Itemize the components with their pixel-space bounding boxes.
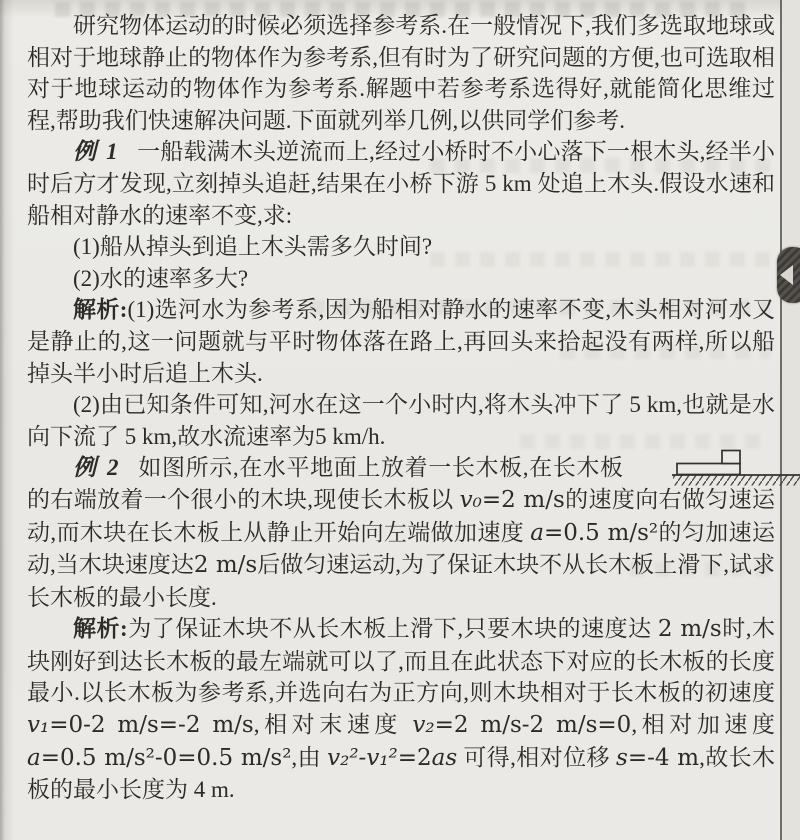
- scanned-textbook-page: 研究物体运动的时候必须选择参考系.在一般情况下,我们多选取地球或相对于地球静止的…: [0, 0, 800, 840]
- page-spine-line: [780, 0, 782, 840]
- value-v0: =2 m/s: [482, 487, 565, 513]
- solution2-paragraph: 解析:为了保证木块不从长木板上滑下,只要木块的速度达 2 m/s时,木块刚好到达…: [27, 613, 775, 806]
- example1-question2: (2)水的速率多大?: [27, 263, 775, 295]
- var-s: s: [616, 745, 628, 771]
- intro-text: 研究物体运动的时候必须选择参考系.在一般情况下,我们多选取地球或相对于地球静止的…: [27, 13, 775, 133]
- formula-as: as: [432, 745, 458, 771]
- solution2-text: ,相对末速度: [254, 712, 413, 737]
- var-a: a: [27, 745, 41, 771]
- value-v2: =2 m/s-2 m/s=0: [435, 712, 632, 738]
- solution1-label: 解析:: [73, 297, 127, 322]
- value-a: =0.5 m/s²-0=0.5 m/s²: [41, 745, 292, 771]
- prev-page-handle[interactable]: [777, 247, 800, 303]
- var-v2: v₂: [412, 712, 434, 738]
- formula-v-squared: v₂²-v₁²: [327, 745, 398, 771]
- ground-hatching: [673, 476, 800, 486]
- solution1-part1: (1)选河水为参考系,因为船相对静水的速率不变,木头相对河水又是静止的,这一问题…: [27, 297, 775, 385]
- plank-rect: [677, 464, 740, 475]
- var-a: a: [530, 520, 544, 546]
- example1-question1: (1)船从掉头到追上木头需多久时间?: [27, 231, 775, 263]
- example1-label: 例 1: [73, 139, 120, 164]
- value-speed: 2 m/s: [194, 552, 257, 578]
- plank-block-figure: [625, 441, 775, 495]
- value-s: =-4 m: [628, 745, 699, 771]
- solution2-text: ,相对加速度: [631, 712, 775, 737]
- example1-text: 一船载满木头逆流而上,经过小桥时不小心落下一根木头,经半小时后方才发现,立刻掉头…: [27, 139, 775, 227]
- question1-text: (1)船从掉头到追上木头需多久时间?: [73, 234, 432, 259]
- intro-paragraph: 研究物体运动的时候必须选择参考系.在一般情况下,我们多选取地球或相对于地球静止的…: [27, 10, 775, 136]
- example2-paragraph: 例 2如图所示,在水平地面上放着一长木板,在长木板的右端放着一个很小的木块,现使…: [27, 452, 775, 613]
- solution2-text: ,由: [291, 745, 327, 770]
- formula-equals: =2: [398, 745, 432, 771]
- var-v1: v₁: [27, 712, 49, 738]
- text-column: 研究物体运动的时候必须选择参考系.在一般情况下,我们多选取地球或相对于地球静止的…: [27, 10, 775, 806]
- solution2-label: 解析:: [73, 616, 128, 641]
- value-a: =0.5 m/s²: [544, 520, 658, 546]
- question2-text: (2)水的速率多大?: [73, 266, 248, 291]
- solution1-paragraph: 解析:(1)选河水为参考系,因为船相对静水的速率不变,木头相对河水又是静止的,这…: [27, 294, 775, 389]
- chevron-left-icon: [780, 265, 793, 285]
- example1-paragraph: 例 1一船载满木头逆流而上,经过小桥时不小心落下一根木头,经半小时后方才发现,立…: [27, 136, 775, 231]
- example2-label: 例 2: [73, 455, 121, 480]
- page-edge-strip: [782, 0, 800, 840]
- solution1-part2: (2)由已知条件可知,河水在这一个小时内,将木头冲下了 5 km,也就是水向下流…: [27, 392, 775, 449]
- figure-svg: [671, 441, 800, 495]
- solution2-text: 可得,相对位移: [457, 745, 616, 770]
- var-v0: v₀: [460, 487, 482, 513]
- solution2-text: 为了保证木块不从长木板上滑下,只要木块的速度达: [128, 616, 658, 641]
- value-v1: =0-2 m/s=-2 m/s: [49, 712, 254, 738]
- block-rect: [722, 451, 740, 464]
- value-speed: 2 m/s: [658, 616, 722, 642]
